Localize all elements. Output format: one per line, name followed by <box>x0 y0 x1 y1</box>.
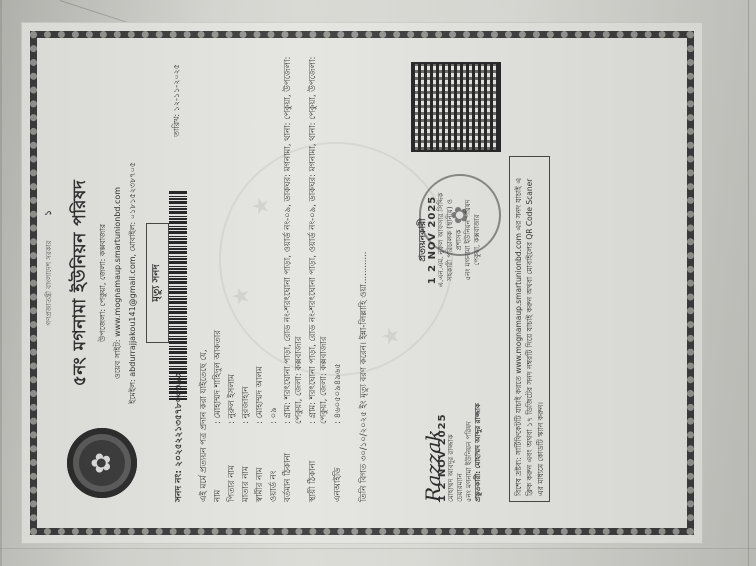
government-header: গণপ্রজাতন্ত্রী বাংলাদেশ সরকার <box>43 60 55 506</box>
signature-block: Razzak 1 2 NOV 2025 মোহাম্মদ আবদুর রাজ্জ… <box>429 352 483 502</box>
field-value: ৪৬০৫০৯৪৯৬৫ <box>333 32 344 424</box>
field-row: ওয়ার্ড নং০৯ <box>269 32 280 502</box>
qr-code-icon <box>411 62 501 152</box>
field-row: স্থায়ী ঠিকানাগ্রাম: শরৎঘোনা পাড়া, রোড … <box>308 32 330 502</box>
union-contact: ইমেইল: abdurrajjakou141@gmail.com, মোবাই… <box>127 150 140 416</box>
approval-line: প্রশাসক <box>455 170 464 310</box>
issue-date-label: তারিখ: <box>172 114 181 137</box>
issue-date: তারিখ: ১২-১১-২০২৫ <box>171 64 184 137</box>
field-value: গ্রাম: শরৎঘোনা পাড়া, রোড নং-শরৎঘোনা পাড… <box>308 32 330 424</box>
signer-label: প্রস্তুতকারী: মোহাম্মদ আব্দুর রাজ্জাক <box>474 352 483 502</box>
footer-line: এর মাধ্যমে কোডটি স্ক্যান করুন। <box>535 162 546 496</box>
footer-line: ক্লিক করুন এবং অথবা ১৭ ডিজিটের সনদ নম্বর… <box>524 162 535 496</box>
page-number: ১ <box>41 210 56 216</box>
field-label: স্থায়ী ঠিকানা <box>308 424 330 502</box>
field-label: ওয়ার্ড নং <box>269 424 280 502</box>
approval-line: সহকারী পরিচালক (স্থানীয়) ও <box>446 170 455 310</box>
field-value: গ্রাম: শরৎঘোনা পাড়া, রোড নং-শরৎঘোনা পাড… <box>283 32 305 424</box>
union-name: ৫নং মগনামা ইউনিয়ন পরিষদ <box>67 150 95 416</box>
field-label: নাম <box>213 424 224 502</box>
approval-line: এ.এন.এম. নুরুল আফসার সিদ্দিক <box>437 170 446 310</box>
watermark-star-icon: ★ <box>379 326 404 346</box>
field-label: এনআইডি <box>333 424 344 502</box>
signer-line: মোহাম্মদ আবদুর রাজ্জাক <box>447 352 456 502</box>
certificate-number-label: সনদ নং: <box>174 470 184 502</box>
verification-note: বিশেষ দ্রষ্টব্য: সার্টিফিকেটটি যাচাই করত… <box>509 156 550 502</box>
field-value: মোহাম্মদ শাহিদুল আকতার <box>213 32 224 424</box>
field-row: স্বামীর নামমোহাম্মদ আলম <box>255 32 266 502</box>
approval-block: প্রত্যয়নকারী 1 2 NOV 2025 এ.এন.এম. নুরু… <box>419 170 482 310</box>
field-label: মাতার নাম <box>241 424 252 502</box>
barcode-icon <box>169 190 187 400</box>
union-address: উপজেলা: পেকুয়া, জেলা: কক্সবাজার <box>97 150 110 416</box>
field-row: এনআইডি৪৬০৫০৯৪৯৬৫ <box>333 32 344 502</box>
union-website: ওয়েব সাইট: www.mognamaup.smartunionbd.c… <box>112 150 125 416</box>
footer-line: বিশেষ দ্রষ্টব্য: সার্টিফিকেটটি যাচাই করত… <box>513 162 524 496</box>
field-value: নুরজাহান <box>241 32 252 424</box>
decorative-border: গণপ্রজাতন্ত্রী বাংলাদেশ সরকার ১ ৫নং মগনা… <box>30 31 694 535</box>
field-value: মোহাম্মদ আলম <box>255 32 266 424</box>
field-label: পিতার নাম <box>227 424 238 502</box>
signer-line: চেয়ারম্যান <box>456 352 465 502</box>
field-label: স্বামীর নাম <box>255 424 266 502</box>
signer-line: ৫নং মগনামা ইউনিয়ন পরিষদ <box>465 352 474 502</box>
field-value: নুরুল ইসলাম <box>227 32 238 424</box>
field-row: নামমোহাম্মদ শাহিদুল আকতার <box>213 32 224 502</box>
approval-line: ৫নং মগনামা ইউনিয়ন পরিষদ <box>464 170 473 310</box>
field-row: পিতার নামনুরুল ইসলাম <box>227 32 238 502</box>
field-row: বর্তমান ঠিকানাগ্রাম: শরৎঘোনা পাড়া, রোড … <box>283 32 305 502</box>
signature-stamp-date: 1 2 NOV 2025 <box>438 352 447 502</box>
field-label: বর্তমান ঠিকানা <box>283 424 305 502</box>
certificate-fields: নামমোহাম্মদ শাহিদুল আকতার পিতার নামনুরুল… <box>213 32 347 502</box>
approval-stamp-date: 1 2 NOV 2025 <box>428 170 437 310</box>
death-certificate: গণপ্রজাতন্ত্রী বাংলাদেশ সরকার ১ ৫নং মগনা… <box>22 23 702 543</box>
death-statement: তিনি বিগত ৩০/১০/২০২৫ ইং মৃত্যু বরণ করেন।… <box>357 252 371 502</box>
field-row: মাতার নামনুরজাহান <box>241 32 252 502</box>
government-seal-icon <box>67 428 137 498</box>
certificate-type: মৃত্যু সনদ <box>146 223 169 342</box>
approval-line: পেকুয়া, কক্সবাজার <box>473 170 482 310</box>
intro-text: এই মর্মে প্রত্যয়ন পত্র প্রদান করা যাইতে… <box>197 349 211 502</box>
issue-date-value: ১২-১১-২০২৫ <box>172 64 181 111</box>
field-value: ০৯ <box>269 32 280 424</box>
certificate-header: ৫নং মগনামা ইউনিয়ন পরিষদ উপজেলা: পেকুয়া… <box>67 150 169 416</box>
document-photo: গণপ্রজাতন্ত্রী বাংলাদেশ সরকার ১ ৫নং মগনা… <box>12 20 712 546</box>
